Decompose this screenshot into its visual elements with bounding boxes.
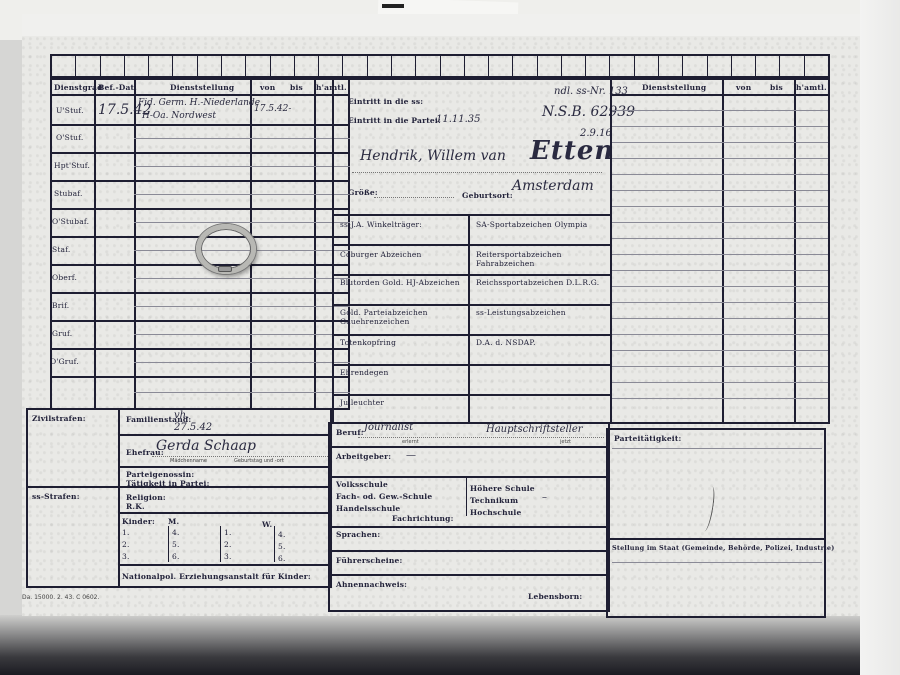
rank-label: O'Stuf. (56, 133, 84, 142)
service-table-right (610, 78, 830, 424)
rank-label: Brif. (52, 301, 69, 310)
rank-label: Gruf. (52, 329, 72, 338)
children-label: Kinder: (122, 517, 155, 526)
top-grid-cells (50, 54, 830, 78)
maiden-name-label: Mädchenname (170, 458, 207, 464)
birthplace-label: Geburtsort: (462, 191, 513, 200)
party-entry-label: Eintritt in die Partei: (348, 116, 441, 125)
child-number: 3. (122, 552, 130, 561)
child-number: 6. (278, 554, 286, 563)
header-position: Dienststellung (170, 83, 234, 92)
party-activity-label: Tätigkeit in Partei: (126, 479, 210, 488)
current-profession-value: Hauptschriftsteller (486, 424, 583, 435)
state-position-label: Stellung im Staat (Gemeinde, Behörde, Po… (612, 544, 835, 552)
wife-value: Gerda Schaap (156, 438, 256, 454)
child-number: 4. (172, 528, 180, 537)
school-hoehere: Höhere Schule (470, 484, 535, 493)
profession-label: Beruf: (336, 428, 364, 437)
current-label: jetzt (560, 439, 571, 445)
party-entry-value: 11.11.35 (436, 114, 481, 125)
rank-label: O'Gruf. (50, 357, 79, 366)
header-rank: Dienstgrad (54, 83, 103, 92)
technikum-mark: – (542, 492, 547, 503)
party-section (606, 428, 826, 618)
award-riding: Reitersportabzeichen Fahrabzeichen (476, 250, 606, 268)
ss-penalties-label: ss-Strafen: (32, 492, 80, 501)
award-sa-sport: SA-Sportabzeichen Olympia (476, 220, 606, 229)
ss-entry-label: Eintritt in die ss: (348, 97, 423, 106)
personnel-form: Dienstgrad Bef.-Dat. Dienststellung von … (22, 36, 860, 616)
table-surface (0, 615, 900, 675)
child-number: 1. (224, 528, 232, 537)
marital-status-value: vh. (174, 410, 189, 421)
print-code: Da. 15000. 2. 43. C 0602. (22, 594, 99, 601)
languages-label: Sprachen: (336, 530, 380, 539)
child-number: 2. (224, 540, 232, 549)
header-official-right: h'amtl. (796, 83, 827, 92)
employer-label: Arbeitgeber: (336, 452, 391, 461)
award-da-nsdap: D.A. d. NSDAP. (476, 338, 536, 347)
header-to: bis (290, 83, 303, 92)
children-male-label: M. (168, 517, 179, 526)
position-line-1: Fid. Germ. H.-Niederlande (138, 98, 260, 108)
school-technikum: Technikum (470, 496, 518, 505)
rank-label: Oberf. (52, 273, 77, 282)
award-totenkopfring: Totenkopfring (340, 338, 396, 347)
position-line-2: H-Oa. Nordwest (142, 111, 216, 121)
licenses-label: Führerscheine: (336, 556, 402, 565)
child-number: 1. (122, 528, 130, 537)
award-julleuchter: Julleuchter (340, 398, 384, 407)
children-female-label: W. (262, 520, 272, 529)
rank-label: Staf. (52, 245, 71, 254)
child-number: 5. (172, 540, 180, 549)
employer-value: — (406, 450, 416, 461)
header-position-right: Dienststellung (642, 83, 706, 92)
school-hochschule: Hochschule (470, 508, 521, 517)
child-number: 3. (224, 552, 232, 561)
birthplace-value: Amsterdam (512, 178, 594, 194)
religion-value: R.K. (126, 502, 145, 511)
child-number: 2. (122, 540, 130, 549)
from-date-value: 17.5.42- (254, 104, 291, 114)
award-gold-party: Gold. Parteiabzeichen Gauehrenzeichen (340, 308, 460, 326)
header-promotion-date: Bef.-Dat. (98, 83, 137, 92)
given-names-value: Hendrik, Willem van (360, 148, 506, 164)
ring-skull-emblem (218, 266, 232, 272)
rank-label: O'Stubaf. (52, 217, 89, 226)
background-right (860, 0, 900, 675)
napola-label: Nationalpol. Erziehungsanstalt für Kinde… (122, 572, 311, 581)
party-member-label: Parteigenossin: (126, 470, 194, 479)
religion-label: Religion: (126, 493, 166, 502)
field-label: Fachrichtung: (392, 514, 454, 523)
marriage-date-value: 27.5.42 (174, 422, 212, 433)
award-blood-order: Blutorden Gold. HJ-Abzeichen (340, 278, 460, 287)
birth-date-place-label: Geburtstag und -ort (234, 458, 284, 464)
child-number: 6. (172, 552, 180, 561)
school-handelsschule: Handelsschule (336, 504, 400, 513)
ancestry-label: Ahnennachweis: (336, 580, 407, 589)
header-from: von (260, 83, 275, 92)
learned-label: erlernt (402, 439, 419, 445)
height-label: Größe: (348, 188, 378, 197)
school-fachschule: Fach- od. Gew.-Schule (336, 492, 432, 501)
header-to-right: bis (770, 83, 783, 92)
rank-label: U'Stuf. (56, 106, 84, 115)
rank-label: Stubaf. (54, 189, 83, 198)
award-ehrendegen: Ehrendegen (340, 368, 388, 377)
party-activity-section-label: Parteitätigkeit: (614, 434, 681, 443)
paper-mark (382, 4, 404, 8)
child-number: 4. (278, 530, 286, 539)
civil-penalties-label: Zivilstrafen: (32, 414, 86, 423)
surname-value: Etten (530, 136, 614, 166)
profession-value: Journalist (364, 422, 413, 433)
school-volksschule: Volksschule (336, 480, 388, 489)
header-from-right: von (736, 83, 751, 92)
award-coburg: Coburger Abzeichen (340, 250, 422, 259)
lebensborn-label: Lebensborn: (528, 592, 582, 601)
child-number: 5. (278, 542, 286, 551)
award-ss-leistung: ss-Leistungsabzeichen (476, 308, 566, 317)
award-reich-sport: Reichssportabzeichen D.L.R.G. (476, 278, 606, 287)
rank-label: Hpt'Stuf. (54, 161, 90, 170)
award-ss-ja: ss-J.A. Winkelträger: (340, 220, 460, 229)
